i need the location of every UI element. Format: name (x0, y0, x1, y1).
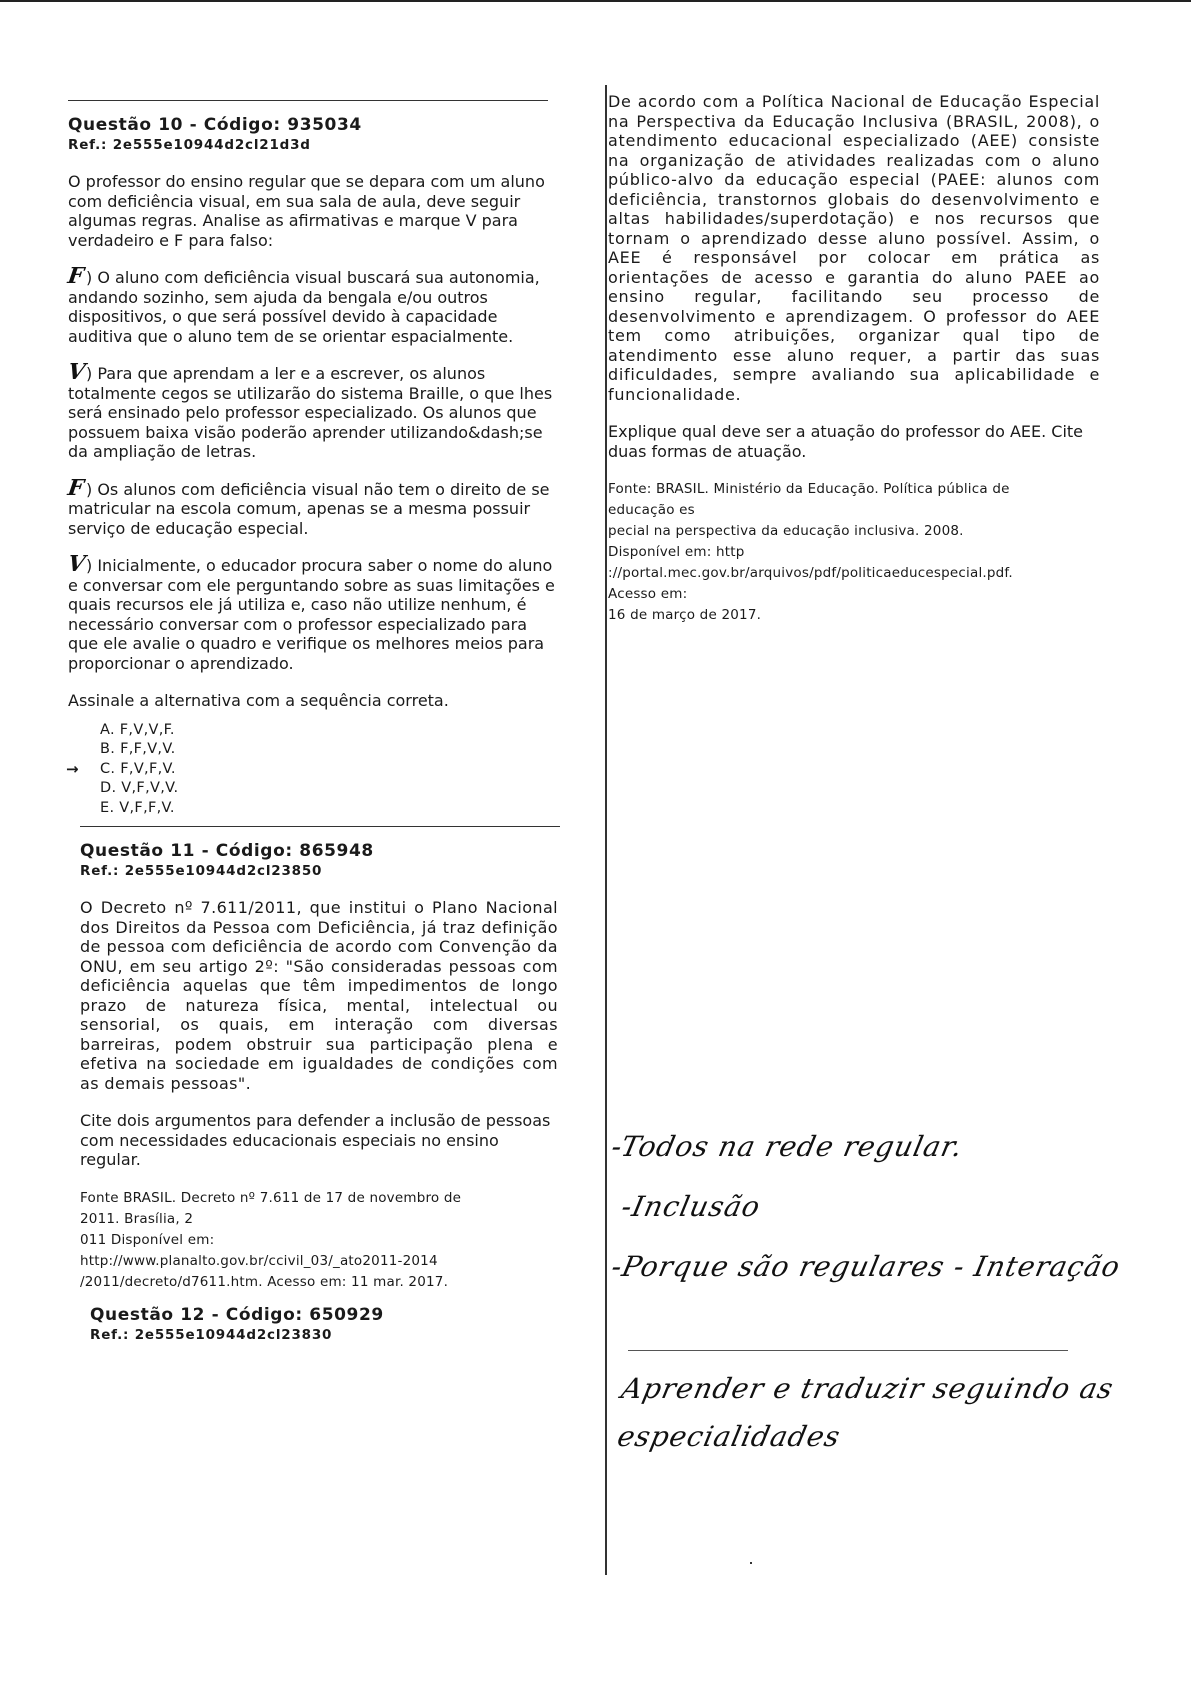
question-11: Questão 11 - Código: 865948 Ref.: 2e555e… (80, 841, 558, 1293)
handwritten-answer-line: Aprender e traduzir seguindo as (618, 1372, 1116, 1405)
source-line: Disponível em: http (608, 542, 1100, 563)
scan-speck (750, 1562, 752, 1564)
option-text: V,F,F,V. (119, 800, 175, 816)
statement-text: ) Os alunos com deficiência visual não t… (68, 480, 550, 538)
right-column: De acordo com a Política Nacional de Edu… (608, 92, 1100, 642)
scan-top-edge (0, 0, 1191, 2)
handwritten-mark: V (67, 557, 87, 571)
option-text: F,V,V,F. (120, 722, 175, 738)
handwritten-answer-line: -Porque são regulares - Interação (608, 1250, 1123, 1283)
question-ref: Ref.: 2e555e10944d2cl23850 (80, 862, 558, 880)
option-text: F,F,V,V. (120, 741, 176, 757)
question-12: Questão 12 - Código: 650929 Ref.: 2e555e… (90, 1305, 558, 1344)
source-line: 011 Disponível em: (80, 1230, 558, 1251)
option-c[interactable]: →C. F,V,F,V. (100, 760, 558, 780)
option-letter: C. (100, 761, 115, 777)
question-prompt: Cite dois argumentos para defender a inc… (80, 1111, 558, 1170)
answer-divider (628, 1350, 1068, 1351)
source-line: Fonte: BRASIL. Ministério da Educação. P… (608, 479, 1100, 500)
source-citation: Fonte: BRASIL. Ministério da Educação. P… (608, 479, 1100, 626)
option-letter: E. (100, 800, 114, 816)
handwritten-arrow-icon: → (66, 760, 79, 780)
statement-2: V) Para que aprendam a ler e a escrever,… (68, 364, 558, 462)
handwritten-answer-line: especialidades (614, 1420, 843, 1453)
question-divider (68, 100, 548, 101)
source-line: pecial na perspectiva da educação inclus… (608, 521, 1100, 542)
answer-options: A. F,V,V,F. B. F,F,V,V. →C. F,V,F,V. D. … (100, 721, 558, 819)
option-letter: D. (100, 780, 116, 796)
question-title: Questão 12 - Código: 650929 (90, 1305, 558, 1326)
source-line: educação es (608, 500, 1100, 521)
handwritten-answer-line: -Inclusão (618, 1190, 763, 1223)
statement-text: ) Para que aprendam a ler e a escrever, … (68, 364, 552, 461)
statement-1: F) O aluno com deficiência visual buscar… (68, 268, 558, 346)
statement-3: F) Os alunos com deficiência visual não … (68, 480, 558, 539)
statement-text: ) Inicialmente, o educador procura saber… (68, 556, 555, 673)
handwritten-mark: F (67, 269, 87, 283)
question-title: Questão 10 - Código: 935034 (68, 115, 558, 136)
question-10: Questão 10 - Código: 935034 Ref.: 2e555e… (68, 115, 558, 818)
source-citation: Fonte BRASIL. Decreto nº 7.611 de 17 de … (80, 1188, 558, 1293)
option-text: F,V,F,V. (120, 761, 176, 777)
option-d[interactable]: D. V,F,V,V. (100, 779, 558, 799)
question-intro: O professor do ensino regular que se dep… (68, 172, 558, 250)
option-e[interactable]: E. V,F,F,V. (100, 799, 558, 819)
question-body: O Decreto nº 7.611/2011, que institui o … (80, 898, 558, 1093)
question-ref: Ref.: 2e555e10944d2cl21d3d (68, 136, 558, 154)
statement-4: V) Inicialmente, o educador procura sabe… (68, 556, 558, 673)
column-divider (605, 85, 607, 1575)
source-line: Fonte BRASIL. Decreto nº 7.611 de 17 de … (80, 1188, 558, 1209)
question-title: Questão 11 - Código: 865948 (80, 841, 558, 862)
handwritten-mark: V (67, 365, 87, 379)
option-letter: B. (100, 741, 115, 757)
question-divider (80, 826, 560, 827)
question-prompt: Explique qual deve ser a atuação do prof… (608, 422, 1100, 461)
left-column: Questão 10 - Código: 935034 Ref.: 2e555e… (68, 100, 558, 1362)
source-line: /2011/decreto/d7611.htm. Acesso em: 11 m… (80, 1272, 558, 1293)
source-link[interactable]: http://www.planalto.gov.br/ccivil_03/_at… (80, 1251, 558, 1272)
question-ref: Ref.: 2e555e10944d2cl23830 (90, 1326, 558, 1344)
option-a[interactable]: A. F,V,V,F. (100, 721, 558, 741)
option-letter: A. (100, 722, 115, 738)
source-link[interactable]: ://portal.mec.gov.br/arquivos/pdf/politi… (608, 563, 1100, 584)
source-line: 2011. Brasília, 2 (80, 1209, 558, 1230)
question-instruction: Assinale a alternativa com a sequência c… (68, 691, 558, 711)
statement-text: ) O aluno com deficiência visual buscará… (68, 268, 540, 346)
handwritten-mark: F (67, 481, 87, 495)
source-line: 16 de março de 2017. (608, 605, 1100, 626)
question-body: De acordo com a Política Nacional de Edu… (608, 92, 1100, 404)
option-b[interactable]: B. F,F,V,V. (100, 740, 558, 760)
source-line: Acesso em: (608, 584, 1100, 605)
handwritten-answer-line: -Todos na rede regular. (608, 1130, 966, 1163)
option-text: V,F,V,V. (121, 780, 178, 796)
